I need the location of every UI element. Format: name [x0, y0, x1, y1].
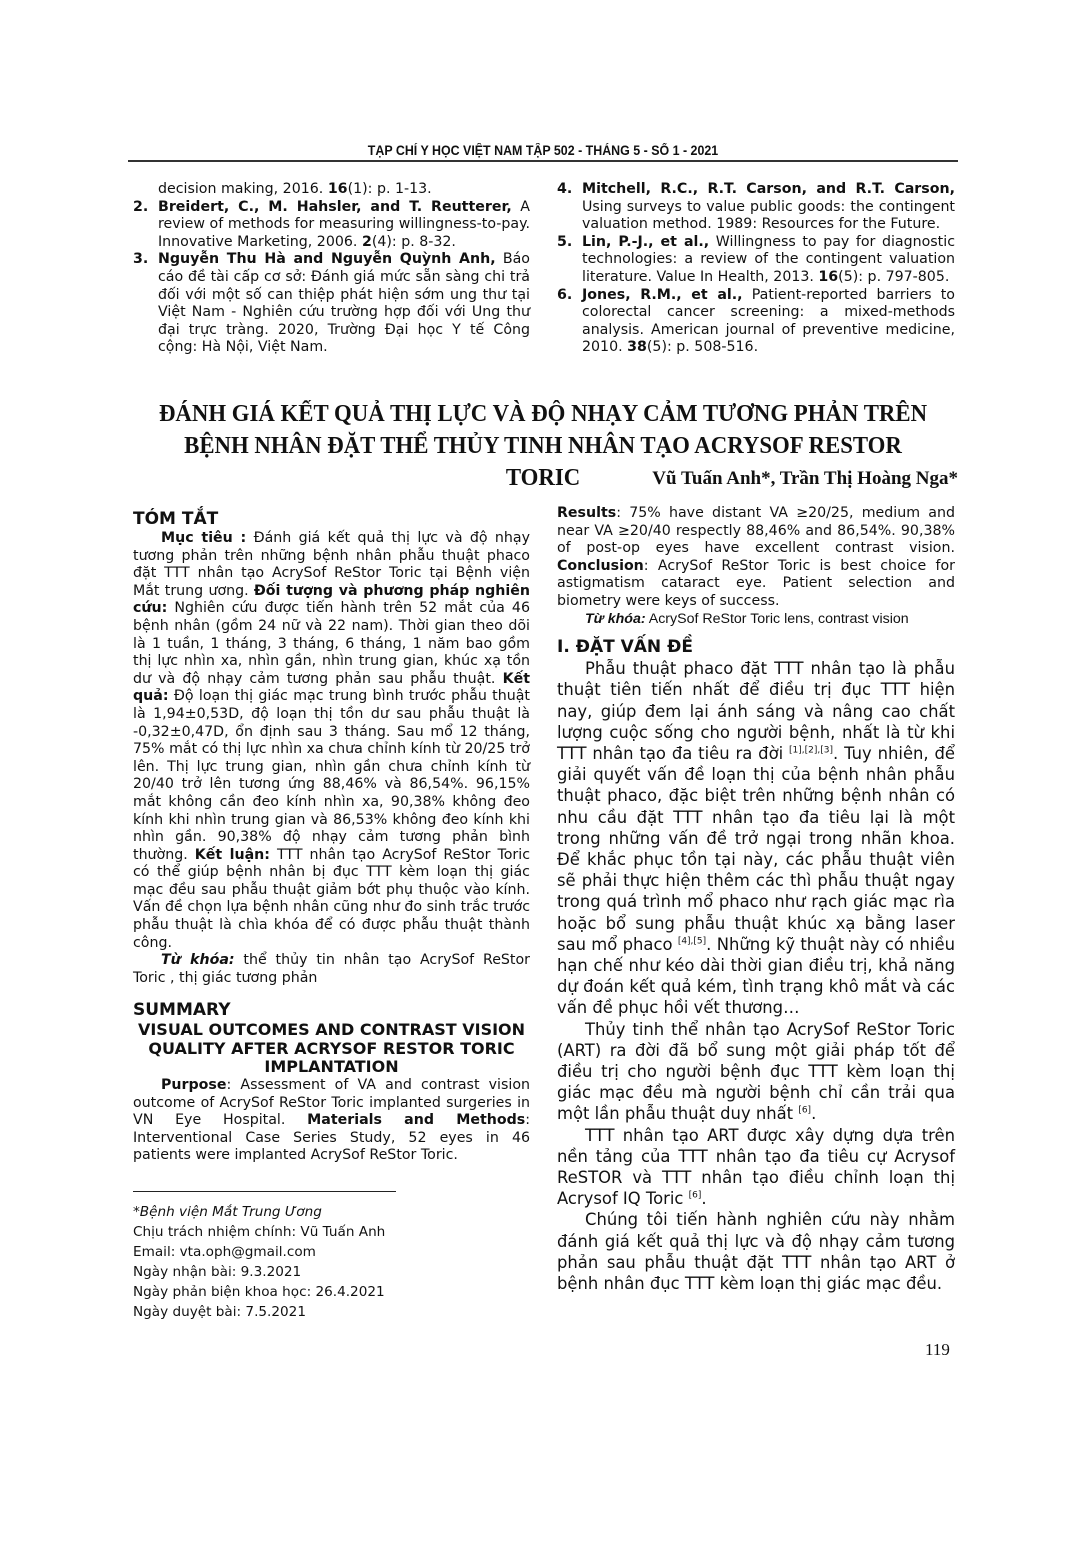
intro-paragraph: Thủy tinh thể nhân tạo AcrySof ReStor To… — [557, 1019, 955, 1125]
footnote-rule — [133, 1191, 396, 1192]
reference-authors: Breidert, C., M. Hahsler, and T. Reutter… — [158, 199, 512, 215]
footnotes: *Bệnh viện Mắt Trung Ương Chịu trách nhi… — [133, 1202, 385, 1322]
page-number: 119 — [925, 1340, 950, 1360]
received-date: Ngày nhận bài: 9.3.2021 — [133, 1262, 385, 1282]
citation: [6] — [689, 1191, 702, 1201]
right-column: Results: 75% have distant VA ≥20/25, med… — [557, 505, 955, 1294]
intro-paragraph: TTT nhân tạo ART được xây dựng dựa trên … — [557, 1125, 955, 1210]
abstract-heading-vi: TÓM TẮT — [133, 508, 530, 530]
summary-title: VISUAL OUTCOMES AND CONTRAST VISION QUAL… — [133, 1021, 530, 1077]
reference-item: 5. Lin, P.-J., et al., Willingness to pa… — [557, 234, 955, 287]
abstract-column: TÓM TẮT Mục tiêu : Đánh giá kết quả thị … — [133, 508, 530, 1165]
article-authors: Vũ Tuấn Anh*, Trần Thị Hoàng Nga* — [652, 468, 958, 490]
corresponding-author: Chịu trách nhiệm chính: Vũ Tuấn Anh — [133, 1222, 385, 1242]
citation: [1],[2],[3] — [789, 746, 833, 756]
header-rule — [128, 160, 958, 162]
summary-body-left: Purpose: Assessment of VA and contrast v… — [133, 1077, 530, 1165]
keywords-vi: Từ khóa: thể thủy tin nhân tạo AcrySof R… — [133, 952, 530, 987]
reference-authors: Jones, R.M., et al., — [582, 287, 743, 303]
reference-item: 4. Mitchell, R.C., R.T. Carson, and R.T.… — [557, 181, 955, 234]
intro-paragraph: Phẫu thuật phaco đặt TTT nhân tạo là phẫ… — [557, 658, 955, 1018]
reference-continuation: decision making, 2016. 16(1): p. 1-13. — [133, 181, 530, 199]
affiliation: *Bệnh viện Mắt Trung Ương — [133, 1202, 385, 1222]
running-header: TẠP CHÍ Y HỌC VIỆT NAM TẬP 502 - THÁNG 5… — [161, 143, 925, 158]
reference-item: 6. Jones, R.M., et al., Patient-reported… — [557, 287, 955, 357]
accepted-date: Ngày duyệt bài: 7.5.2021 — [133, 1302, 385, 1322]
introduction-body: Phẫu thuật phaco đặt TTT nhân tạo là phẫ… — [557, 658, 955, 1294]
summary-body-right: Results: 75% have distant VA ≥20/25, med… — [557, 505, 955, 611]
keywords-en: Từ khóa: AcrySof ReStor Toric lens, cont… — [557, 611, 955, 629]
references-right: 4. Mitchell, R.C., R.T. Carson, and R.T.… — [557, 181, 955, 357]
citation: [6] — [798, 1106, 811, 1116]
summary-heading: SUMMARY — [133, 999, 530, 1021]
introduction-heading: I. ĐẶT VẤN ĐỀ — [557, 636, 955, 658]
reference-item: 3. Nguyễn Thu Hà and Nguyễn Quỳnh Anh, B… — [133, 251, 530, 357]
reference-authors: Lin, P.-J., et al., — [582, 234, 709, 250]
reference-authors: Mitchell, R.C., R.T. Carson, and R.T. Ca… — [582, 181, 955, 197]
journal-page: TẠP CHÍ Y HỌC VIỆT NAM TẬP 502 - THÁNG 5… — [0, 0, 1090, 1541]
citation: [4],[5] — [678, 936, 706, 946]
email: Email: vta.oph@gmail.com — [133, 1242, 385, 1262]
intro-paragraph: Chúng tôi tiến hành nghiên cứu này nhằm … — [557, 1209, 955, 1294]
review-date: Ngày phản biện khoa học: 26.4.2021 — [133, 1282, 385, 1302]
references-left: decision making, 2016. 16(1): p. 1-13. 2… — [133, 181, 530, 357]
reference-authors: Nguyễn Thu Hà and Nguyễn Quỳnh Anh, — [158, 251, 496, 267]
reference-item: 2. Breidert, C., M. Hahsler, and T. Reut… — [133, 199, 530, 252]
abstract-vi-body: Mục tiêu : Đánh giá kết quả thị lực và đ… — [133, 530, 530, 952]
